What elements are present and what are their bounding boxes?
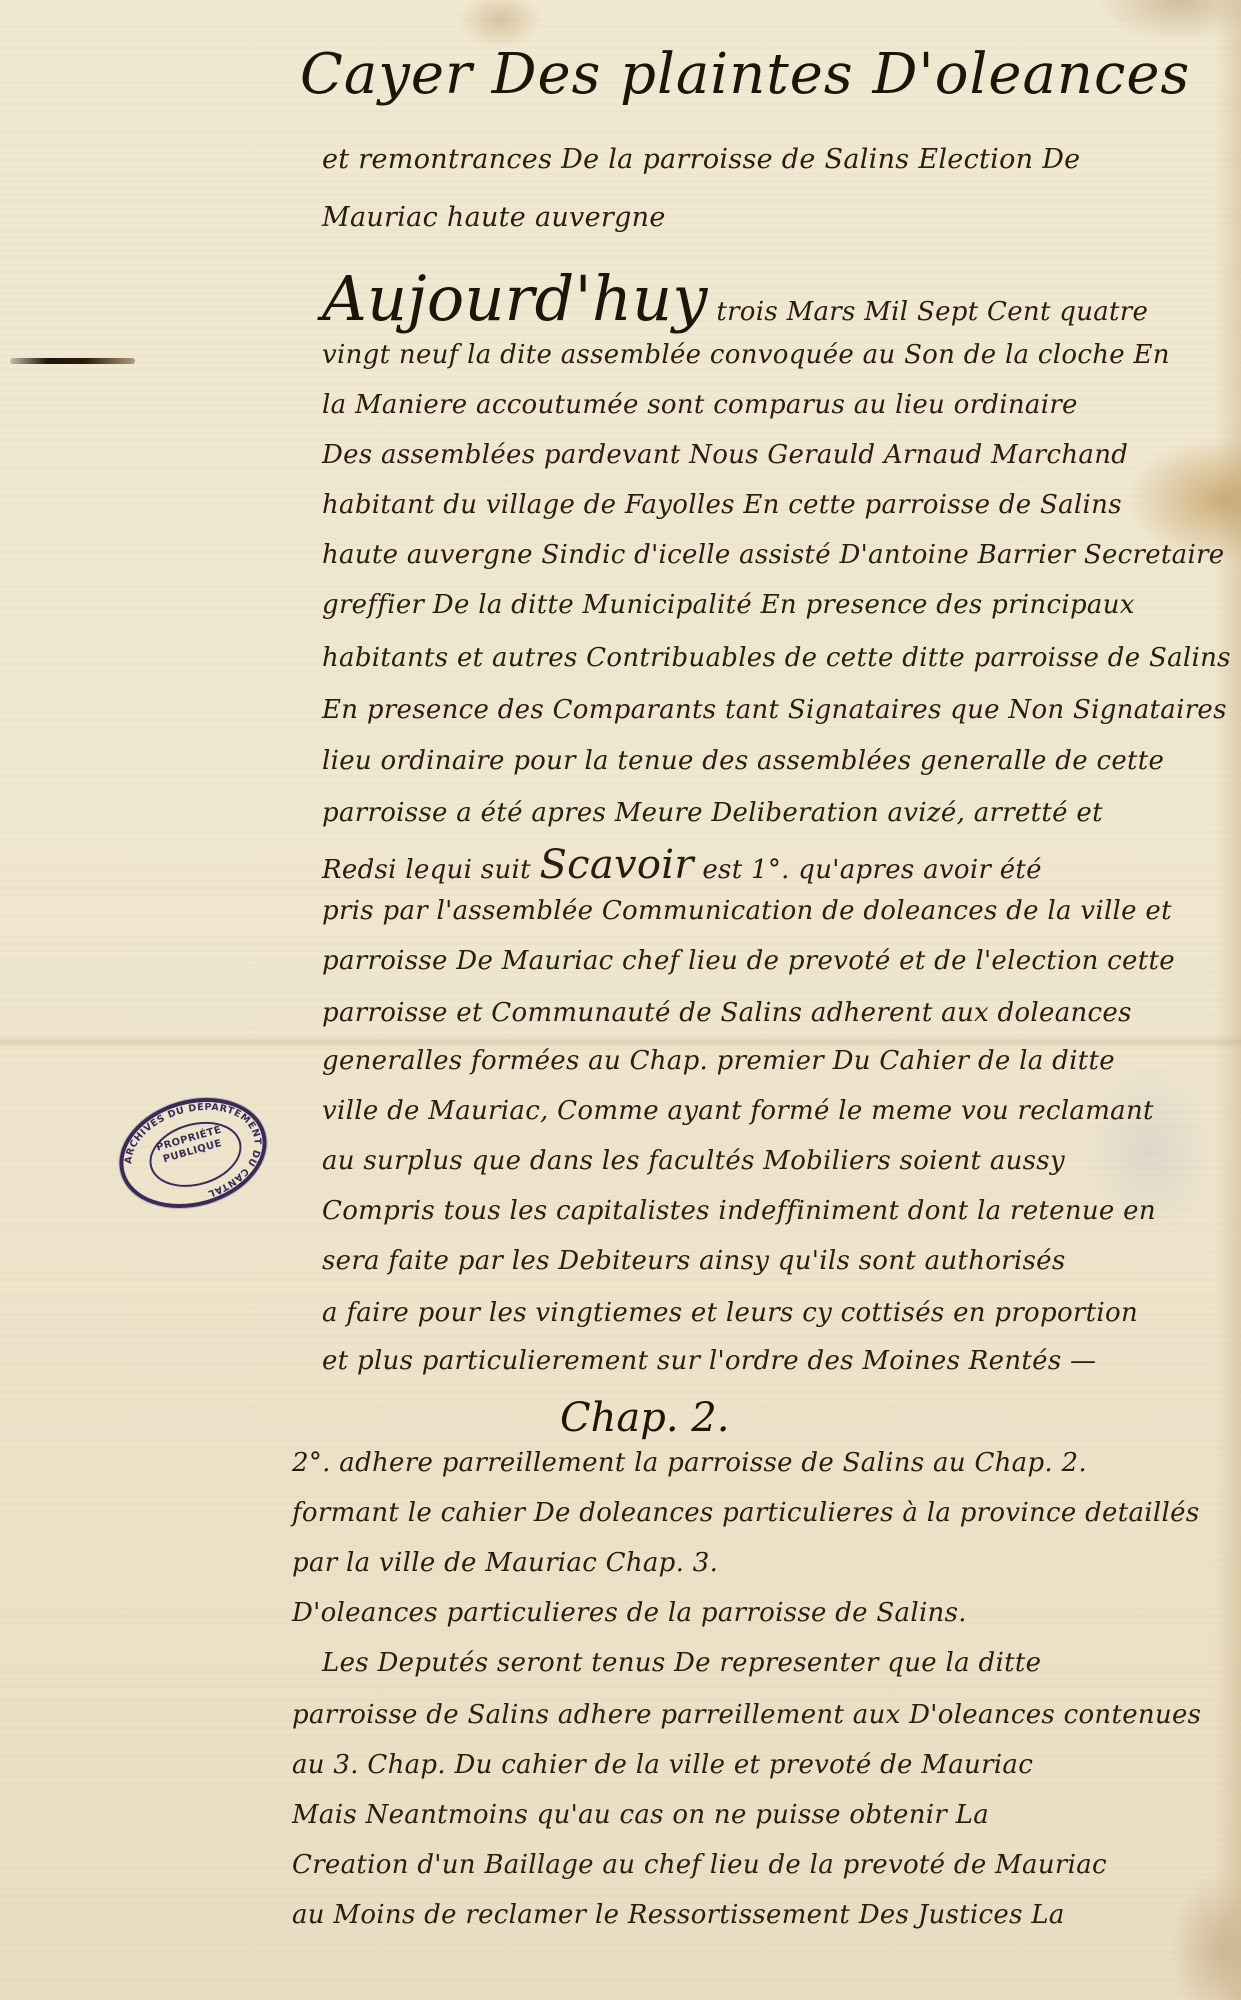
body2-line-5: ville de Mauriac, Comme ayant formé le m… <box>322 1098 1154 1124</box>
header-line-2: Mauriac haute auvergne <box>322 204 666 231</box>
manuscript-page: Cayer Des plaintes D'oleances et remontr… <box>0 0 1241 2000</box>
body2-line-4: generalles formées au Chap. premier Du C… <box>322 1048 1115 1074</box>
opening-drop-word: Aujourd'huy <box>322 262 708 335</box>
document-title: Cayer Des plaintes D'oleances <box>300 42 1190 107</box>
chap2-line-6: parroisse de Salins adhere parreillement… <box>292 1702 1201 1728</box>
chap2-line-2: formant le cahier De doleances particuli… <box>292 1500 1199 1526</box>
chap2-line-4: D'oleances particulieres de la parroisse… <box>292 1600 967 1626</box>
body-line-6: greffier De la ditte Municipalité En pre… <box>322 592 1135 618</box>
opening-line: Aujourd'huy trois Mars Mil Sept Cent qua… <box>322 268 1148 330</box>
body-line-3: Des assemblées pardevant Nous Gerauld Ar… <box>322 442 1128 468</box>
body-line-4: habitant du village de Fayolles En cette… <box>322 492 1122 518</box>
body-line-7: habitants et autres Contribuables de cet… <box>322 645 1231 671</box>
chap2-line-10: au Moins de reclamer le Ressortissement … <box>292 1902 1065 1928</box>
body2-line-2: parroisse De Mauriac chef lieu de prevot… <box>322 948 1175 974</box>
scavoir-line: Redsi lequi suit Scavoir est 1°. qu'apre… <box>322 845 1042 885</box>
body-line-1: vingt neuf la dite assemblée convoquée a… <box>322 342 1170 368</box>
archives-stamp: ARCHIVES DU DÉPARTEMENT DU CANTAL PROPRI… <box>106 1081 279 1224</box>
body2-line-6: au surplus que dans les facultés Mobilie… <box>322 1148 1065 1174</box>
body-line-8: En presence des Comparants tant Signatai… <box>322 697 1227 723</box>
chap2-line-3: par la ville de Mauriac Chap. 3. <box>292 1550 718 1576</box>
chap2-line-7: au 3. Chap. Du cahier de la ville et pre… <box>292 1752 1033 1778</box>
paper-edge <box>1215 0 1241 2000</box>
body-line-2: la Maniere accoutumée sont comparus au l… <box>322 392 1078 418</box>
ink-margin-mark <box>10 358 135 364</box>
header-line-1: et remontrances De la parroisse de Salin… <box>322 146 1080 173</box>
body-line-5: haute auvergne Sindic d'icelle assisté D… <box>322 542 1225 568</box>
chapter-heading: Chap. 2. <box>560 1395 729 1441</box>
scavoir-after: est 1°. qu'apres avoir été <box>702 855 1042 885</box>
body2-line-10: et plus particulierement sur l'ordre des… <box>322 1348 1096 1374</box>
chap2-line-1: 2°. adhere parreillement la parroisse de… <box>292 1450 1087 1476</box>
scavoir-emphasis: Scavoir <box>539 842 693 888</box>
body2-line-3: parroisse et Communauté de Salins adhere… <box>322 1000 1132 1026</box>
opening-rest: trois Mars Mil Sept Cent quatre <box>716 297 1148 327</box>
body-line-10: parroisse a été apres Meure Deliberation… <box>322 800 1103 826</box>
body2-line-1: pris par l'assemblée Communication de do… <box>322 898 1172 924</box>
body2-line-7: Compris tous les capitalistes indeffinim… <box>322 1198 1156 1224</box>
chap2-line-8: Mais Neantmoins qu'au cas on ne puisse o… <box>292 1802 989 1828</box>
chap2-line-5: Les Deputés seront tenus De representer … <box>322 1650 1041 1676</box>
scavoir-before: Redsi lequi suit <box>322 855 531 885</box>
body2-line-9: a faire pour les vingtiemes et leurs cy … <box>322 1300 1138 1326</box>
chap2-line-9: Creation d'un Baillage au chef lieu de l… <box>292 1852 1107 1878</box>
body-line-9: lieu ordinaire pour la tenue des assembl… <box>322 748 1164 774</box>
body2-line-8: sera faite par les Debiteurs ainsy qu'il… <box>322 1248 1066 1274</box>
